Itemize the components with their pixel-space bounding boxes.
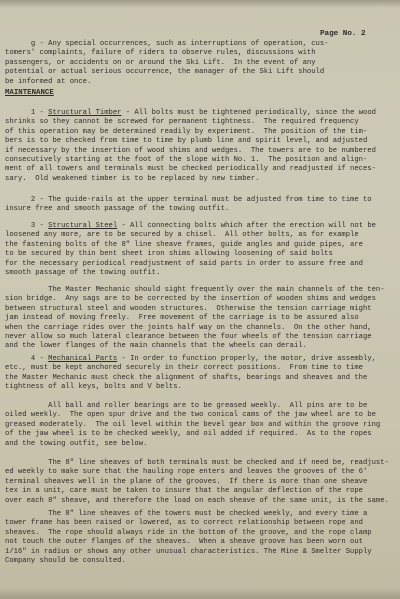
text-line-rest: - In order to function properly, the mot…	[117, 355, 376, 363]
text-line: Company should be consulted.	[5, 557, 390, 566]
text-line: when the carriage rides over the joints …	[5, 324, 390, 333]
page-number: Page No. 2	[320, 30, 366, 39]
text-line: tightness of all keys, bolts and V belts…	[5, 383, 390, 392]
text-line: tomers' complaints, failure of riders to…	[5, 49, 390, 58]
text-line: be informed at once.	[5, 78, 390, 87]
document-page: Page No. 2 g - Any special occurrences, …	[0, 0, 400, 599]
text-line: sion bridge. Any sags are to be correcte…	[5, 295, 390, 304]
terminal-sheaves-paragraph: The 8" line sheaves of both terminals mu…	[5, 459, 390, 506]
text-line: greased moderately. The oil level within…	[5, 421, 390, 430]
text-line: g - Any special occurrences, such as int…	[5, 40, 390, 49]
item-g-paragraph: g - Any special occurrences, such as int…	[5, 40, 390, 87]
text-line: oiled weekly. The open spur drive and th…	[5, 411, 390, 420]
item-2-guide-rails: 2 - The guide-rails at the upper termina…	[5, 196, 390, 215]
text-line: insure free and smooth passage of the to…	[5, 205, 390, 214]
text-line: 2 - The guide-rails at the upper termina…	[5, 196, 390, 205]
bearings-paragraph: All ball and roller bearings are to be g…	[5, 402, 390, 449]
text-line: passengers, or accidents on or around th…	[5, 59, 390, 68]
text-line: smooth passage of the towing outfit.	[5, 269, 390, 278]
text-line: between structural steel and wooden stru…	[5, 305, 390, 314]
text-line: of this operation may be determined read…	[5, 128, 390, 137]
text-line: 3 - Structural Steel - All connecting bo…	[5, 222, 390, 231]
text-line: for the necessary periodical readjustmen…	[5, 260, 390, 269]
text-line: never allow so much lateral clearance be…	[5, 333, 390, 342]
item-3-structural-steel: 3 - Structural Steel - All connecting bo…	[5, 222, 390, 278]
text-line: shrinks so they cannot be screwed for pe…	[5, 118, 390, 127]
item-number: 4 -	[31, 355, 48, 363]
text-line: All ball and roller bearings are to be g…	[5, 402, 390, 411]
text-line: jam instead of moving freely. Free movem…	[5, 314, 390, 323]
text-line: 1 - Structural Timber - All bolts must b…	[5, 109, 390, 118]
tower-sheaves-paragraph: The 8" line sheaves of the towers must b…	[5, 510, 390, 566]
text-line: of the jaw wheel is to be checked weekly…	[5, 430, 390, 439]
text-line: etc., must be kept anchored securely in …	[5, 364, 390, 373]
text-line: 1/16" in radius or shows any other unusu…	[5, 548, 390, 557]
text-line: over each 8" sheave, and therefore the l…	[5, 497, 390, 506]
text-line: 4 - Mechanical Parts - In order to funct…	[5, 355, 390, 364]
text-line: loosened any more, are to be secured by …	[5, 231, 390, 240]
text-line: to be secured by thin bent sheet iron sh…	[5, 250, 390, 259]
text-line: sary. Old weakened timber is to be repla…	[5, 175, 390, 184]
text-line: The 8" line sheaves of the towers must b…	[5, 510, 390, 519]
text-line-rest: - All connecting bolts which after the e…	[117, 222, 376, 230]
page-bottom-shadow	[0, 588, 400, 599]
item-4-mechanical-parts: 4 - Mechanical Parts - In order to funct…	[5, 355, 390, 393]
text-line: The Master Mechanic should sight frequen…	[5, 286, 390, 295]
text-line: not touch the outer flanges of the sheav…	[5, 538, 390, 547]
item-title: Mechanical Parts	[48, 355, 117, 363]
master-mechanic-paragraph: The Master Mechanic should sight frequen…	[5, 286, 390, 352]
text-line: the fastening bolts of the 8" line sheav…	[5, 241, 390, 250]
page-top-shadow	[0, 0, 400, 8]
text-line: tex in a unit, care must be taken to ins…	[5, 487, 390, 496]
text-line: and the lower flanges of the main channe…	[5, 342, 390, 351]
text-line: and the towing outfit, see below.	[5, 440, 390, 449]
item-title: Structural Timber	[48, 109, 121, 117]
text-line: consecutively starting at the foot of th…	[5, 156, 390, 165]
section-heading-maintenance: MAINTENANCE	[5, 89, 54, 98]
item-1-structural-timber: 1 - Structural Timber - All bolts must b…	[5, 109, 390, 184]
item-number: 3 -	[31, 222, 48, 230]
text-line: the Master Mechanic must check the align…	[5, 374, 390, 383]
text-line: ed weekly to make sure that the hauling …	[5, 468, 390, 477]
item-title: Structural Steel	[48, 222, 117, 230]
item-number: 1 -	[31, 109, 48, 117]
text-line: ment of all towers and terminals must be…	[5, 165, 390, 174]
text-line: terminal sheaves well in the plane of th…	[5, 478, 390, 487]
text-line: if necessary by the insertion of wood sh…	[5, 147, 390, 156]
text-line: tower frame has been raised or lowered, …	[5, 519, 390, 528]
text-line-rest: - All bolts must be tightened periodical…	[121, 109, 375, 117]
text-line: potential or actual serious occurrence, …	[5, 68, 390, 77]
text-line: sheaves. The rope should always ride in …	[5, 529, 390, 538]
text-line: bers is to be checked from time to time …	[5, 137, 390, 146]
text-line: The 8" line sheaves of both terminals mu…	[5, 459, 390, 468]
